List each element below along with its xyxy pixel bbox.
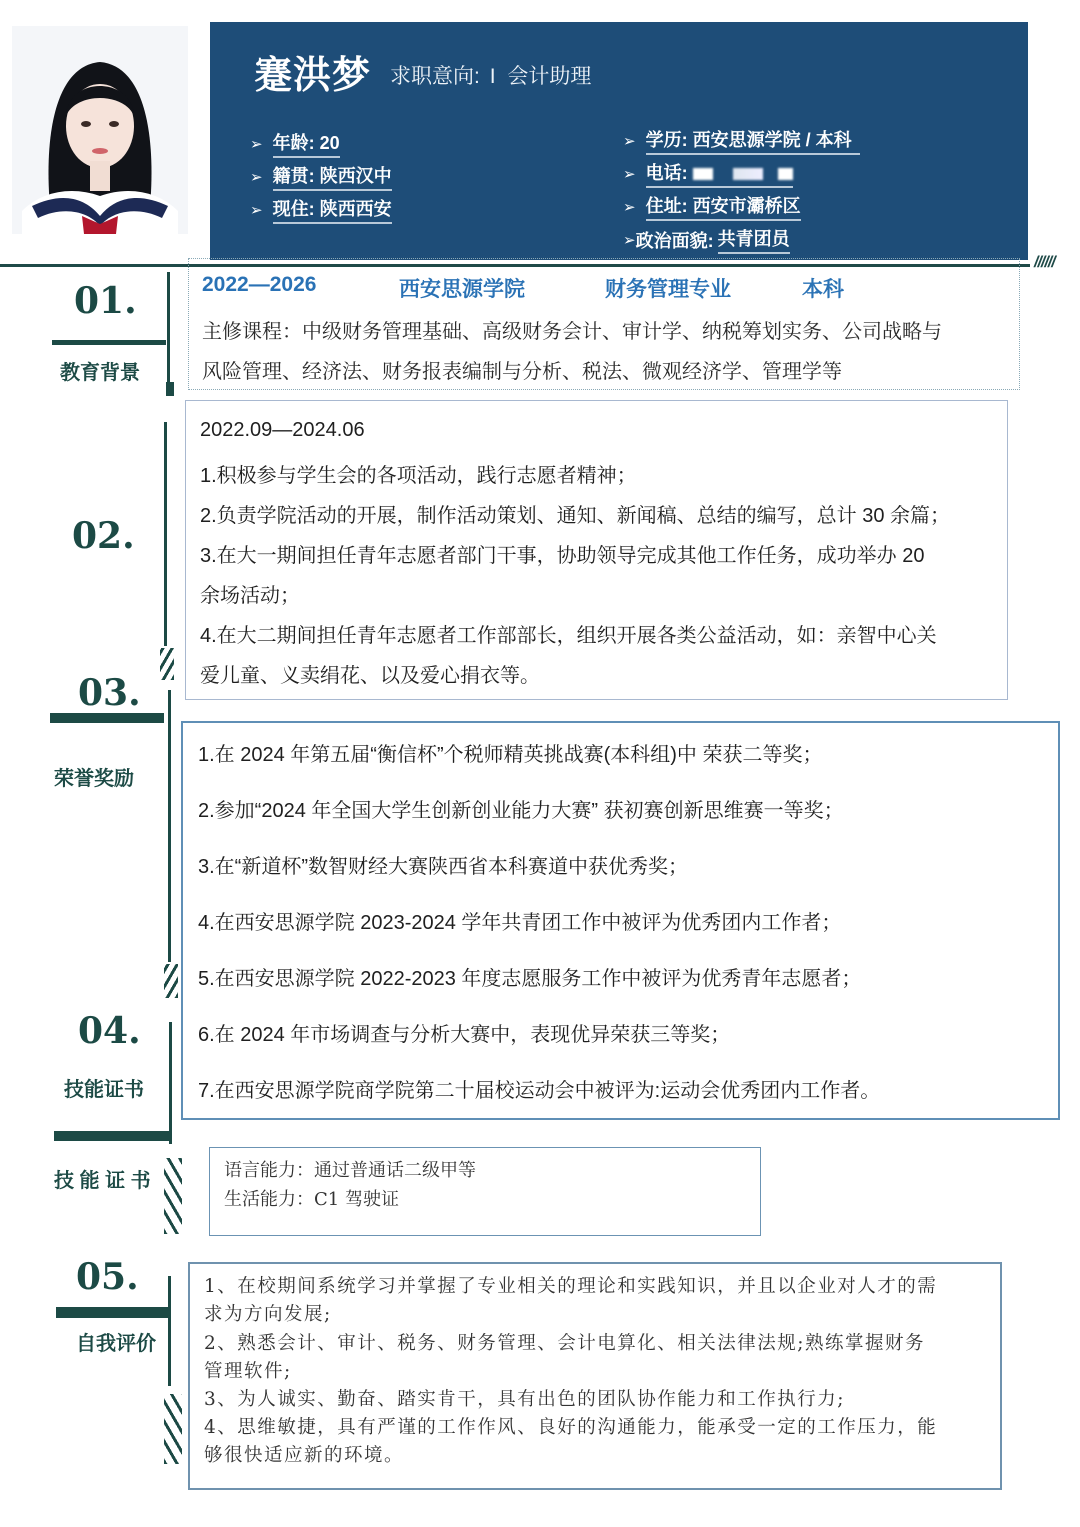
activities-period: 2022.09—2024.06 — [200, 419, 365, 442]
info-value: 20 — [320, 133, 340, 153]
info-label: 籍贯: — [273, 166, 315, 186]
arrow-icon: ➢ — [623, 198, 636, 216]
hatch-decoration: ////// — [1034, 254, 1055, 272]
info-education: ➢ 学历: 西安思源学院 / 本科 — [623, 126, 860, 155]
info-current-residence: ➢ 现住: 陕西西安 — [250, 195, 392, 224]
honor-item: 3.在“新道杯”数智财经大赛陕西省本科赛道中获优秀奖； — [198, 850, 688, 879]
info-native-place: ➢ 籍贯: 陕西汉中 — [250, 162, 392, 191]
info-label: 学历: — [646, 130, 688, 150]
self-eval-line: 4、思维敏捷，具有严谨的工作作风、良好的沟通能力，能承受一定的工作压力，能 — [204, 1413, 937, 1439]
info-value: 陕西西安 — [320, 199, 392, 219]
section-bar — [50, 713, 164, 723]
section-vline — [167, 272, 170, 384]
arrow-icon: ➢ — [250, 135, 263, 153]
info-label: 年龄: — [273, 133, 315, 153]
section-title-honors: 荣誉奖励 — [54, 762, 134, 791]
job-intent: 求职意向: I 会计助理 — [390, 60, 591, 90]
stripe-decoration — [164, 1394, 182, 1464]
activity-line: 爱儿童、义卖绢花、以及爱心捐衣等。 — [200, 659, 540, 688]
education-period: 2022—2026 — [202, 273, 316, 297]
info-label: 政治面貌: — [636, 227, 714, 253]
stripe-decoration — [164, 964, 178, 998]
info-label: 现住: — [273, 199, 315, 219]
honor-item: 7.在西安思源学院商学院第二十届校运动会中被评为:运动会优秀团内工作者。 — [198, 1074, 880, 1103]
info-political-status: ➢ 政治面貌: 共青团员 — [623, 225, 790, 254]
education-school: 西安思源学院 — [399, 273, 525, 303]
info-value: 西安市灞桥区 — [693, 196, 801, 216]
arrow-icon: ➢ — [250, 168, 263, 186]
phone-number-redacted — [693, 168, 793, 180]
section-number-05: 05. — [76, 1256, 139, 1298]
section-vline — [168, 690, 171, 962]
education-courses-line: 主修课程：中级财务管理基础、高级财务会计、审计学、纳税筹划实务、公司战略与 — [202, 315, 942, 344]
section-title-education: 教育背景 — [60, 356, 140, 385]
section-vline-cap — [166, 382, 174, 396]
info-phone: ➢ 电话: — [623, 159, 793, 188]
section-title-self-evaluation: 自我评价 — [76, 1327, 156, 1356]
job-intent-label: 求职意向: — [390, 65, 480, 88]
section-number-02: 02. — [72, 515, 135, 557]
arrow-icon: ➢ — [623, 132, 636, 150]
honor-item: 6.在 2024 年市场调查与分析大赛中，表现优异荣获三等奖； — [198, 1018, 730, 1047]
activity-line: 4.在大二期间担任青年志愿者工作部部长，组织开展各类公益活动，如：亲智中心关 — [200, 619, 937, 648]
section-number-03: 03. — [78, 672, 141, 714]
section-vline — [169, 1022, 172, 1144]
info-label: 住址: — [646, 196, 688, 216]
info-value: 共青团员 — [718, 225, 790, 254]
info-value: 陕西汉中 — [320, 166, 392, 186]
activity-line: 2.负责学院活动的开展，制作活动策划、通知、新闻稿、总结的编写，总计 30 余篇… — [200, 499, 950, 528]
job-intent-separator: I — [490, 65, 496, 88]
section-bar — [56, 1307, 168, 1318]
skill-item: 生活能力：C1 驾驶证 — [224, 1185, 399, 1211]
honor-item: 1.在 2024 年第五届“衡信杯”个税师精英挑战赛(本科组)中 荣获二等奖； — [198, 738, 822, 767]
info-address: ➢ 住址: 西安市灞桥区 — [623, 192, 801, 221]
stripe-decoration — [164, 1158, 182, 1234]
profile-photo — [12, 26, 188, 234]
info-label: 电话: — [646, 163, 688, 183]
self-eval-line: 求为方向发展; — [204, 1300, 332, 1326]
education-courses-line: 风险管理、经济法、财务报表编制与分析、税法、微观经济学、管理学等 — [202, 355, 842, 384]
self-evaluation-box: 1、在校期间系统学习并掌握了专业相关的理论和实践知识，并且以企业对人才的需 求为… — [188, 1262, 1002, 1490]
section-number-01: 01. — [74, 280, 137, 322]
portrait-illustration — [12, 26, 188, 234]
activity-line: 1.积极参与学生会的各项活动，践行志愿者精神； — [200, 459, 637, 488]
activities-box: 2022.09—2024.06 1.积极参与学生会的各项活动，践行志愿者精神； … — [185, 400, 1008, 700]
honor-item: 2.参加“2024 年全国大学生创新创业能力大赛” 获初赛创新思维赛一等奖； — [198, 794, 844, 823]
section-bar — [52, 340, 166, 345]
education-box: 2022—2026 西安思源学院 财务管理专业 本科 主修课程：中级财务管理基础… — [188, 258, 1020, 390]
skills-box: 语言能力：通过普通话二级甲等 生活能力：C1 驾驶证 — [209, 1147, 761, 1236]
self-eval-line: 1、在校期间系统学习并掌握了专业相关的理论和实践知识，并且以企业对人才的需 — [204, 1272, 937, 1298]
honor-item: 5.在西安思源学院 2022-2023 年度志愿服务工作中被评为优秀青年志愿者； — [198, 962, 861, 991]
stripe-decoration — [160, 648, 174, 680]
activity-line: 余场活动； — [200, 579, 300, 608]
self-eval-line: 3、为人诚实、勤奋、踏实肯干，具有出色的团队协作能力和工作执行力; — [204, 1385, 845, 1411]
info-age: ➢ 年龄: 20 — [250, 129, 340, 158]
arrow-icon: ➢ — [623, 231, 636, 249]
honors-box: 1.在 2024 年第五届“衡信杯”个税师精英挑战赛(本科组)中 荣获二等奖； … — [181, 721, 1060, 1120]
arrow-icon: ➢ — [623, 165, 636, 183]
info-value: 西安思源学院 / 本科 — [693, 130, 852, 150]
self-eval-line: 管理软件; — [204, 1357, 292, 1383]
honor-item: 4.在西安思源学院 2023-2024 学年共青团工作中被评为优秀团内工作者； — [198, 906, 841, 935]
section-number-04: 04. — [78, 1010, 141, 1052]
education-major: 财务管理专业 — [605, 273, 731, 303]
self-eval-line: 2、熟悉会计、审计、税务、财务管理、会计电算化、相关法律法规;熟练掌握财务 — [204, 1329, 925, 1355]
skill-item: 语言能力：通过普通话二级甲等 — [224, 1156, 476, 1182]
section-title-skills: 技能证书 — [64, 1073, 144, 1102]
job-intent-value: 会计助理 — [507, 65, 591, 88]
self-eval-line: 够很快适应新的环境。 — [204, 1441, 404, 1467]
section-bar — [54, 1131, 170, 1141]
candidate-name: 蹇洪梦 — [254, 44, 371, 99]
education-degree: 本科 — [802, 273, 844, 303]
header-banner: 蹇洪梦 求职意向: I 会计助理 ➢ 年龄: 20 ➢ 籍贯: 陕西汉中 ➢ 现… — [210, 22, 1028, 260]
arrow-icon: ➢ — [250, 201, 263, 219]
activity-line: 3.在大一期间担任青年志愿者部门干事，协助领导完成其他工作任务，成功举办 20 — [200, 539, 924, 568]
section-vline — [164, 422, 167, 646]
section-title-skills-secondary: 技 能 证 书 — [54, 1164, 151, 1193]
section-vline — [168, 1276, 171, 1386]
